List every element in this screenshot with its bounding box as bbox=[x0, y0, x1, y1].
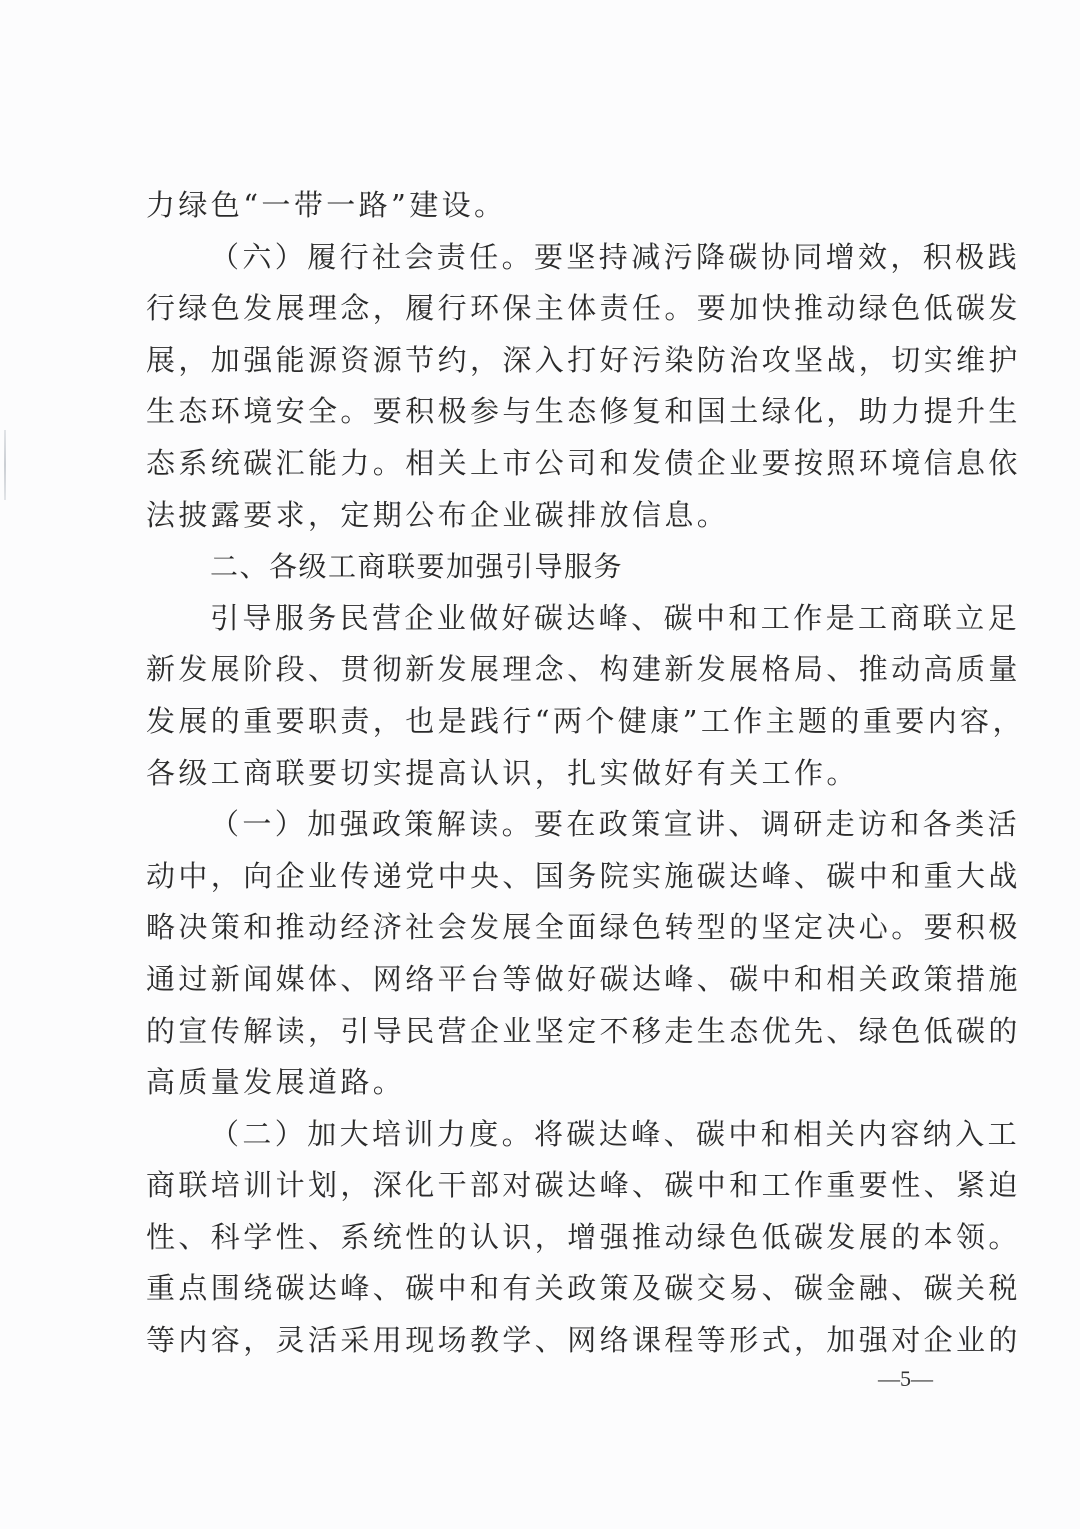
text-line: 展，加强能源资源节约，深入打好污染防治攻坚战，切实维护 bbox=[146, 335, 942, 387]
text-line: 略决策和推动经济社会发展全面绿色转型的坚定决心。要积极 bbox=[146, 902, 942, 954]
text-line: 力绿色“一带一路”建设。 bbox=[146, 180, 942, 232]
text-line: 的宣传解读，引导民营企业坚定不移走生态优先、绿色低碳的 bbox=[146, 1006, 942, 1058]
text-line: （六）履行社会责任。要坚持减污降碳协同增效，积极践 bbox=[146, 232, 942, 284]
text-line: 态系统碳汇能力。相关上市公司和发债企业要按照环境信息依 bbox=[146, 438, 942, 490]
scan-binding-mark bbox=[4, 430, 6, 500]
text-line: 高质量发展道路。 bbox=[146, 1057, 942, 1109]
text-line: 行绿色发展理念，履行环保主体责任。要加快推动绿色低碳发 bbox=[146, 283, 942, 335]
text-line: 新发展阶段、贯彻新发展理念、构建新发展格局、推动高质量 bbox=[146, 644, 942, 696]
text-line: 重点围绕碳达峰、碳中和有关政策及碳交易、碳金融、碳关税 bbox=[146, 1263, 942, 1315]
page-number: —5— bbox=[878, 1366, 933, 1392]
text-line: 商联培训计划，深化干部对碳达峰、碳中和工作重要性、紧迫 bbox=[146, 1160, 942, 1212]
text-line: 引导服务民营企业做好碳达峰、碳中和工作是工商联立足 bbox=[146, 593, 942, 645]
text-line: （一）加强政策解读。要在政策宣讲、调研走访和各类活 bbox=[146, 799, 942, 851]
text-line: 性、科学性、系统性的认识，增强推动绿色低碳发展的本领。 bbox=[146, 1212, 942, 1264]
text-line: 等内容，灵活采用现场教学、网络课程等形式，加强对企业的 bbox=[146, 1315, 942, 1367]
text-line: 发展的重要职责，也是践行“两个健康”工作主题的重要内容， bbox=[146, 696, 942, 748]
text-line: 动中，向企业传递党中央、国务院实施碳达峰、碳中和重大战 bbox=[146, 851, 942, 903]
section-heading: 二、各级工商联要加强引导服务 bbox=[146, 541, 942, 593]
text-line: 各级工商联要切实提高认识，扎实做好有关工作。 bbox=[146, 748, 942, 800]
document-page: 力绿色“一带一路”建设。 （六）履行社会责任。要坚持减污降碳协同增效，积极践 行… bbox=[0, 0, 1080, 1529]
text-line: 生态环境安全。要积极参与生态修复和国土绿化，助力提升生 bbox=[146, 386, 942, 438]
text-line: 通过新闻媒体、网络平台等做好碳达峰、碳中和相关政策措施 bbox=[146, 954, 942, 1006]
document-body: 力绿色“一带一路”建设。 （六）履行社会责任。要坚持减污降碳协同增效，积极践 行… bbox=[146, 180, 942, 1367]
text-line: 法披露要求，定期公布企业碳排放信息。 bbox=[146, 490, 942, 542]
text-line: （二）加大培训力度。将碳达峰、碳中和相关内容纳入工 bbox=[146, 1109, 942, 1161]
